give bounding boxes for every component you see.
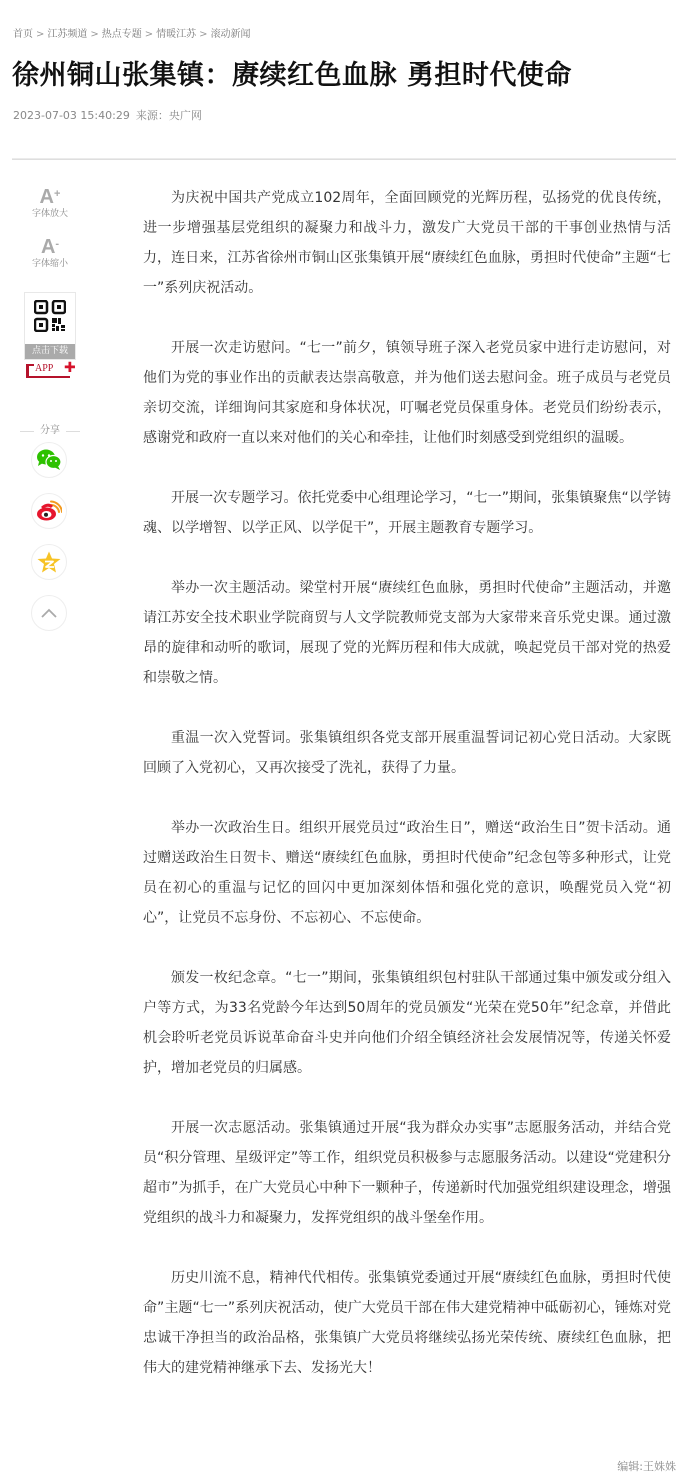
- breadcrumb-item-rolling-news[interactable]: 滚动新闻: [211, 29, 251, 40]
- breadcrumb-separator: >: [90, 29, 98, 40]
- app-badge-link[interactable]: APP ✚: [26, 362, 74, 380]
- article-paragraph: 开展一次专题学习。依托党委中心组理论学习，“七一”期间，张集镇聚焦“以学铸魂、以…: [143, 483, 671, 543]
- breadcrumb-item-jiangsu-channel[interactable]: 江苏频道: [47, 29, 87, 40]
- article-paragraph: 开展一次走访慰问。“七一”前夕，镇领导班子深入老党员家中进行走访慰问，对他们为党…: [143, 333, 671, 453]
- article-paragraph: 颁发一枚纪念章。“七一”期间，张集镇组织包村驻队干部通过集中颁发或分组入户等方式…: [143, 963, 671, 1083]
- article-paragraph: 举办一次政治生日。组织开展党员过“政治生日”，赠送“政治生日”贺卡活动。通过赠送…: [143, 813, 671, 933]
- share-weibo-button[interactable]: [31, 493, 67, 529]
- font-increase-button[interactable]: A+ 字体放大: [22, 186, 78, 220]
- breadcrumb-item-qingnuan-jiangsu[interactable]: 情暖江苏: [156, 29, 196, 40]
- breadcrumb-item-hot-topics[interactable]: 热点专题: [102, 29, 142, 40]
- app-label: APP: [35, 362, 53, 375]
- back-to-top-button[interactable]: [31, 595, 67, 631]
- breadcrumb-item-home[interactable]: 首页: [13, 29, 33, 40]
- source-label: 来源：: [136, 109, 169, 122]
- chevron-up-icon: [40, 607, 58, 619]
- font-decrease-icon: A-: [22, 236, 78, 258]
- share-label: 分享: [18, 424, 82, 438]
- download-label: 点击下载: [25, 344, 75, 359]
- header-divider: [12, 158, 676, 160]
- wechat-icon: [36, 449, 62, 471]
- article-paragraph: 开展一次志愿活动。张集镇通过开展“我为群众办实事”志愿服务活动，并结合党员“积分…: [143, 1113, 671, 1233]
- breadcrumb-separator: >: [145, 29, 153, 40]
- weibo-icon: [36, 500, 62, 522]
- share-qzone-button[interactable]: [31, 544, 67, 580]
- qr-code-icon: [34, 300, 66, 332]
- font-decrease-button[interactable]: A- 字体缩小: [22, 236, 78, 270]
- article-body: 为庆祝中国共产党成立102周年，全面回顾党的光辉历程，弘扬党的优良传统，进一步增…: [143, 183, 671, 1413]
- breadcrumb-separator: >: [36, 29, 44, 40]
- article-paragraph: 重温一次入党誓词。张集镇组织各党支部开展重温誓词记初心党日活动。大家既回顾了入党…: [143, 723, 671, 783]
- editor-credit: 编辑:王姝姝: [617, 1460, 676, 1474]
- article-paragraph: 为庆祝中国共产党成立102周年，全面回顾党的光辉历程，弘扬党的优良传统，进一步增…: [143, 183, 671, 303]
- article-meta: 2023-07-03 15:40:29来源：央广网: [13, 108, 208, 124]
- font-increase-label: 字体放大: [22, 208, 78, 220]
- qzone-icon: [37, 551, 61, 573]
- plus-superscript: +: [54, 188, 60, 200]
- breadcrumb: 首页>江苏频道>热点专题>情暖江苏>滚动新闻: [13, 28, 251, 42]
- article-paragraph: 举办一次主题活动。梁堂村开展“赓续红色血脉，勇担时代使命”主题活动，并邀请江苏安…: [143, 573, 671, 693]
- font-decrease-label: 字体缩小: [22, 258, 78, 270]
- font-glyph: A: [41, 236, 55, 258]
- breadcrumb-separator: >: [199, 29, 207, 40]
- font-increase-icon: A+: [22, 186, 78, 208]
- publish-datetime: 2023-07-03 15:40:29: [13, 109, 130, 122]
- page-title: 徐州铜山张集镇：赓续红色血脉 勇担时代使命: [12, 56, 572, 96]
- article-paragraph: 历史川流不息，精神代代相传。张集镇党委通过开展“赓续红色血脉，勇担时代使命”主题…: [143, 1263, 671, 1383]
- source-name: 央广网: [169, 109, 202, 122]
- minus-superscript: -: [55, 238, 59, 250]
- app-download-qr-button[interactable]: 点击下载: [24, 292, 76, 360]
- share-wechat-button[interactable]: [31, 442, 67, 478]
- app-underline: [26, 376, 70, 378]
- plus-icon: ✚: [64, 362, 76, 375]
- font-glyph: A: [40, 186, 54, 208]
